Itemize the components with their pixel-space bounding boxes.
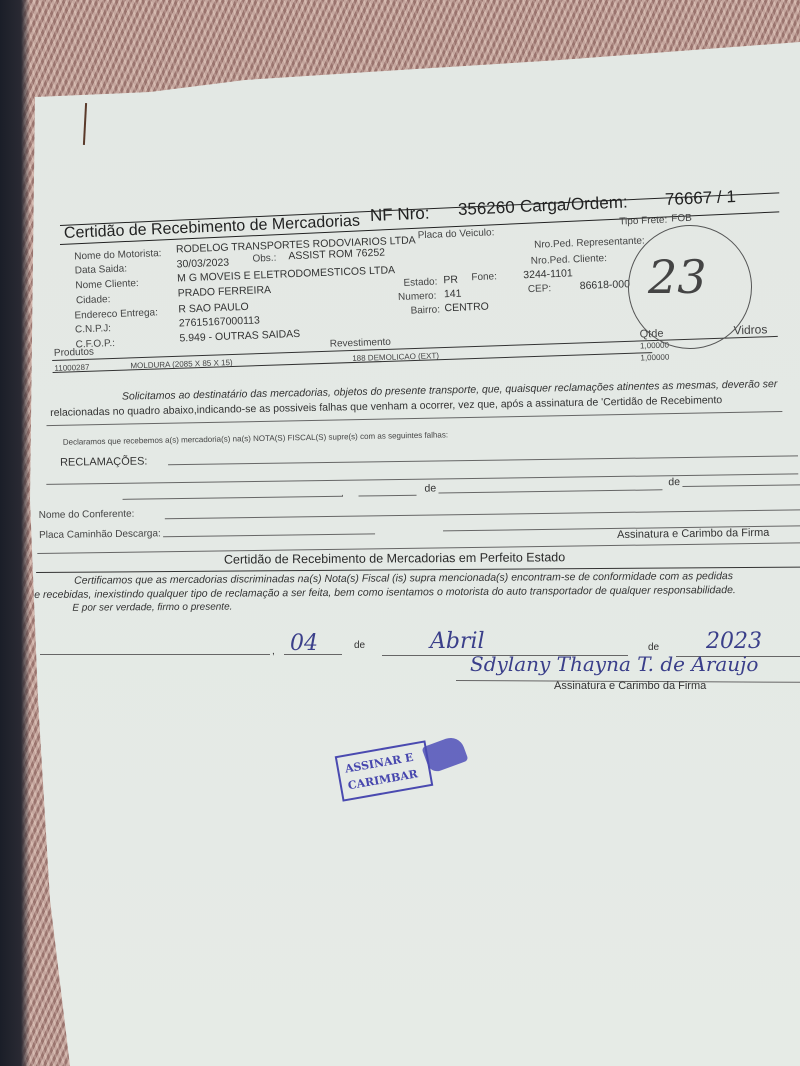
cidade-label: Cidade: (76, 294, 111, 306)
reclamacoes-line-2[interactable] (46, 473, 798, 484)
motorista-label: Nome do Motorista: (74, 248, 162, 262)
fone-value: 3244-1101 (523, 267, 573, 281)
obs-value: ASSIST ROM 76252 (288, 247, 385, 263)
conferente-label: Nome do Conferente: (39, 509, 135, 521)
cnpj-value: 27615167000113 (179, 314, 260, 329)
estado-value: PR (443, 274, 458, 287)
data-saida-label: Data Saida: (75, 263, 128, 276)
handwritten-day: 04 (290, 631, 318, 656)
de-2: de (668, 476, 680, 488)
de-3: de (354, 640, 365, 651)
reclamacoes-label: RECLAMAÇÕES: (60, 456, 148, 469)
nf-number: 356260 (458, 198, 516, 220)
cidade-value: PRADO FERREIRA (178, 284, 272, 300)
data-saida-value: 30/03/2023 (176, 257, 229, 271)
ped-representante-label: Nro.Ped. Representante: (534, 236, 645, 251)
cep-value: 86618-000 (580, 278, 631, 292)
endereco-value: R SAO PAULO (178, 301, 249, 316)
handwritten-signature: Sdylany Thayna T. de Araujo (470, 652, 758, 676)
col-produtos: Produtos (54, 347, 94, 359)
estado-label: Estado: (403, 277, 437, 289)
numero-value: 141 (444, 288, 462, 301)
cfop-value: 5.949 - OUTRAS SAIDAS (179, 328, 300, 345)
cep-label: CEP: (528, 283, 552, 295)
handwritten-circle-number: 23 (648, 250, 707, 304)
month-line[interactable] (438, 489, 662, 493)
tipo-frete-value: FOB (671, 213, 692, 225)
fone-label: Fone: (471, 271, 497, 283)
local-line-2[interactable] (40, 654, 270, 655)
cert-line-3: E por ser verdade, firmo o presente. (72, 602, 232, 614)
binder-mark (83, 103, 87, 145)
declaramos-text: Declaramos que recebemos a(s) mercadoria… (63, 430, 448, 446)
bairro-label: Bairro: (410, 304, 440, 316)
section2-title: Certidão de Recebimento de Mercadorias e… (224, 550, 565, 566)
de-1: de (424, 482, 436, 494)
receipt-document: Certidão de Recebimento de Mercadorias N… (0, 0, 800, 1066)
bairro-value: CENTRO (444, 301, 489, 315)
handwritten-year: 2023 (706, 629, 762, 654)
cert-line-2: e recebidas, inexistindo qualquer tipo d… (34, 584, 736, 601)
endereco-label: Endereco Entrega: (74, 307, 158, 321)
cnpj-label: C.N.P.J: (75, 323, 111, 335)
ped-cliente-label: Nro.Ped. Cliente: (531, 253, 608, 267)
comma: , (341, 489, 343, 498)
year-line[interactable] (682, 484, 800, 487)
comma-2: , (272, 646, 275, 657)
reclamacoes-line[interactable] (168, 455, 798, 465)
cliente-label: Nome Cliente: (75, 278, 139, 291)
placa-label: Placa do Veiculo: (418, 227, 495, 241)
product-qtde-total: 1,00000 (640, 353, 669, 363)
sign-stamp: ASSINAR E CARIMBAR (335, 740, 434, 801)
col-revestimento: Revestimento (330, 337, 391, 350)
carga-label: Carga/Ordem: (520, 192, 628, 216)
assinatura-label-2: Assinatura e Carimbo da Firma (554, 680, 706, 692)
tipo-frete-label: Tipo Frete: (619, 215, 667, 228)
local-line[interactable] (123, 496, 343, 500)
numero-label: Numero: (398, 291, 437, 303)
handwritten-month: Abril (430, 629, 485, 654)
obs-label: Obs.: (252, 253, 276, 265)
placa-descarga-label: Placa Caminhão Descarga: (39, 528, 161, 541)
day-line[interactable] (359, 495, 417, 497)
carga-number: 76667 / 1 (665, 187, 737, 210)
nf-label: NF Nro: (370, 204, 430, 226)
conferente-line[interactable] (165, 509, 800, 519)
placa-descarga-line[interactable] (163, 533, 375, 537)
assinatura-label-1: Assinatura e Carimbo da Firma (617, 527, 769, 541)
